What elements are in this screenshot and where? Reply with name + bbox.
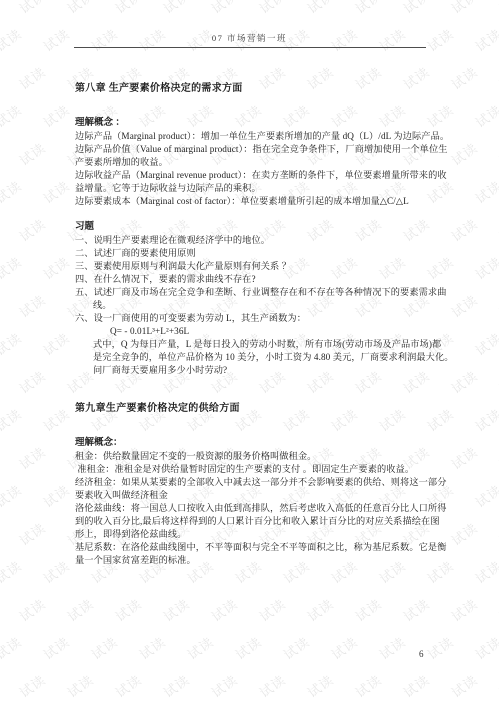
chapter-8-exercises-heading: 习题 [75, 221, 431, 234]
text-line: 边际要素成本（Marginal cost of factor）：单位要素增量所引… [75, 195, 431, 208]
text-line: 益增量。它等于边际收益与边际产品的乘积。 [75, 182, 431, 195]
text-line: 到的收入百分比,最后将这样得到的人口累计百分比和收入累计百分比的对应关系描绘在图 [75, 515, 431, 528]
text-line: 式中，Q 为每日产量，L 是每日投入的劳动小时数，所有市场(劳动市场及产品市场)… [75, 338, 431, 351]
text-line: 基尼系数：在洛伦兹曲线图中，不平等面积与完全不平等面积之比，称为基尼系数。它是衡 [75, 541, 431, 554]
text-line: 问厂商每天要雇用多少小时劳动? [75, 364, 431, 377]
text-line: 边际产品价值（Value of marginal product）：指在完全竞争… [75, 143, 431, 156]
text-line: 一、说明生产要素理论在微观经济学中的地位。 [75, 234, 431, 247]
text-line: 五、试述厂商及市场在完全竞争和垄断、行业调整存在和不存在等各种情况下的要素需求曲 [75, 286, 431, 299]
chapter-8-title: 第八章 生产要素价格决定的需求方面 [75, 82, 431, 95]
text-line: 量一个国家贫富差距的标准。 [75, 554, 431, 567]
text-line: 租金：供给数量固定不变的一般资源的服务价格叫做租金。 [75, 450, 431, 463]
text-line: 边际收益产品（Marginal revenue product）：在卖方垄断的条… [75, 169, 431, 182]
document-body: 第八章 生产要素价格决定的需求方面 理解概念 ： 边际产品（Marginal p… [75, 82, 431, 567]
text-line: 形上，即得到洛伦兹曲线。 [75, 528, 431, 541]
text-line: 六、设一厂商使用的可变要素为劳动 L，其生产函数为： [75, 312, 431, 325]
text-line: 洛伦兹曲线：将一国总人口按收入由低到高排队，然后考虑收入高低的任意百分比人口所得 [75, 502, 431, 515]
chapter-9-section: 第九章生产要素价格决定的供给方面 理解概念： 租金：供给数量固定不变的一般资源的… [75, 402, 431, 567]
text-line: 产要素所增加的收益。 [75, 156, 431, 169]
text-line: 经济租金：如果从某要素的全部收入中减去这一部分并不会影响要素的供给、则将这一部分 [75, 476, 431, 489]
chapter-8-concepts-heading: 理解概念 ： [75, 117, 431, 130]
header-rule [74, 47, 426, 48]
text-line: 要素收入叫做经济租金 [75, 489, 431, 502]
chapter-9-title: 第九章生产要素价格决定的供给方面 [75, 402, 431, 415]
text-line: Q= - 0.01L³+L²+36L [75, 325, 431, 338]
text-line: 三、要素使用原则与利润最大化产量原则有何关系 ？ [75, 260, 431, 273]
page-header: 07 市场营销一班 [0, 32, 499, 48]
chapter-9-concepts-heading: 理解概念： [75, 437, 431, 450]
chapter-8-section: 第八章 生产要素价格决定的需求方面 理解概念 ： 边际产品（Marginal p… [75, 82, 431, 377]
header-title: 07 市场营销一班 [0, 32, 499, 44]
chapter-9-concept-lines: 租金：供给数量固定不变的一般资源的服务价格叫做租金。 准租金：准租金是对供给量暂… [75, 450, 431, 567]
text-line: 是完全竞争的，单位产品价格为 10 美分，小时工资为 4.80 美元，厂商要求利… [75, 351, 431, 364]
text-line: 四、在什么情况下，要素的需求曲线不存在? [75, 273, 431, 286]
text-line: 边际产品（Marginal product）：增加一单位生产要素所增加的产量 d… [75, 130, 431, 143]
text-line: 二、试述厂商的要素使用原则 [75, 247, 431, 260]
page-number: 6 [419, 649, 424, 659]
document-page: 试读试读试读试读试读试读试读试读试读试读试读试读试读试读试读试读试读试读试读试读… [0, 0, 499, 706]
chapter-8-exercise-lines: 一、说明生产要素理论在微观经济学中的地位。二、试述厂商的要素使用原则三、要素使用… [75, 234, 431, 377]
text-line: 线。 [75, 299, 431, 312]
text-line: 准租金：准租金是对供给量暂时固定的生产要素的支付 。即固定生产要素的收益。 [75, 463, 431, 476]
page-content: 07 市场营销一班 第八章 生产要素价格决定的需求方面 理解概念 ： 边际产品（… [0, 0, 499, 706]
chapter-8-concept-lines: 边际产品（Marginal product）：增加一单位生产要素所增加的产量 d… [75, 130, 431, 208]
